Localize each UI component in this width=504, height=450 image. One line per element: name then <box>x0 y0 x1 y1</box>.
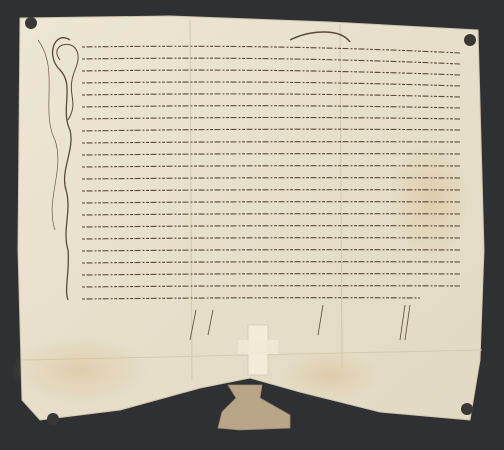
pin-top-left <box>25 17 37 29</box>
seal-tag <box>218 385 290 430</box>
photo-scene <box>0 0 504 450</box>
parchment-document <box>0 0 504 450</box>
pin-top-right <box>464 34 476 46</box>
pin-bottom-left <box>47 413 59 425</box>
pin-bottom-right <box>461 403 473 415</box>
